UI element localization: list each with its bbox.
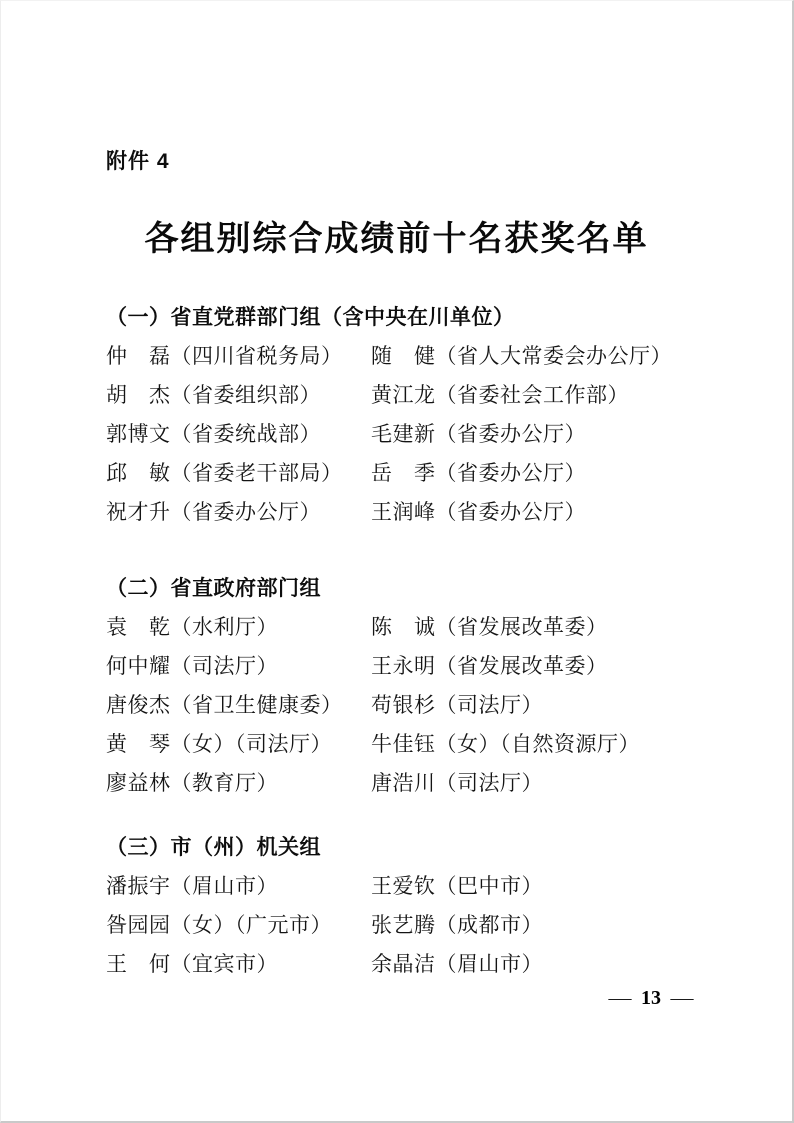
winner-entry: 岳 季（省委办公厅） (371, 454, 726, 493)
winner-row: 邱 敏（省委老干部局） 岳 季（省委办公厅） (106, 454, 726, 493)
winner-row: 昝园园（女）（广元市） 张艺腾（成都市） (106, 906, 726, 945)
winner-entry: 牛佳钰（女）（自然资源厅） (371, 725, 726, 764)
winner-row: 唐俊杰（省卫生健康委） 苟银杉（司法厅） (106, 686, 726, 725)
award-list: （一）省直党群部门组（含中央在川单位） 仲 磊（四川省税务局） 随 健（省人大常… (106, 298, 726, 984)
page-number-dash-right: — (671, 987, 694, 1009)
attachment-label: 附件 4 (106, 150, 170, 173)
winner-entry: 王 何（宜宾市） (106, 945, 371, 984)
winner-row: 黄 琴（女）（司法厅） 牛佳钰（女）（自然资源厅） (106, 725, 726, 764)
winner-entry: 王润峰（省委办公厅） (371, 493, 726, 532)
section-heading: （三）市（州）机关组 (106, 828, 726, 867)
winner-row: 郭博文（省委统战部） 毛建新（省委办公厅） (106, 415, 726, 454)
winner-entry: 袁 乾（水利厅） (106, 608, 371, 647)
winner-entry: 昝园园（女）（广元市） (106, 906, 371, 945)
winner-row: 王 何（宜宾市） 余晶洁（眉山市） (106, 945, 726, 984)
winner-entry: 黄 琴（女）（司法厅） (106, 725, 371, 764)
winner-entry: 黄江龙（省委社会工作部） (371, 376, 726, 415)
winner-entry: 陈 诚（省发展改革委） (371, 608, 726, 647)
winner-entry: 王爱钦（巴中市） (371, 867, 726, 906)
winner-entry: 毛建新（省委办公厅） (371, 415, 726, 454)
section-city-state-organ-group: （三）市（州）机关组 潘振宇（眉山市） 王爱钦（巴中市） 昝园园（女）（广元市）… (106, 828, 726, 984)
winner-entry: 祝才升（省委办公厅） (106, 493, 371, 532)
winner-entry: 苟银杉（司法厅） (371, 686, 726, 725)
winner-entry: 王永明（省发展改革委） (371, 647, 726, 686)
winner-entry: 唐浩川（司法厅） (371, 764, 726, 803)
page-number-value: 13 (641, 987, 661, 1009)
winner-row: 祝才升（省委办公厅） 王润峰（省委办公厅） (106, 493, 726, 532)
section-provincial-party-group: （一）省直党群部门组（含中央在川单位） 仲 磊（四川省税务局） 随 健（省人大常… (106, 298, 726, 532)
winner-entry: 仲 磊（四川省税务局） (106, 337, 371, 376)
winner-row: 胡 杰（省委组织部） 黄江龙（省委社会工作部） (106, 376, 726, 415)
winner-entry: 廖益林（教育厅） (106, 764, 371, 803)
winner-entry: 张艺腾（成都市） (371, 906, 726, 945)
page-number: — 13 — (610, 987, 692, 1009)
winner-entry: 唐俊杰（省卫生健康委） (106, 686, 371, 725)
winner-row: 潘振宇（眉山市） 王爱钦（巴中市） (106, 867, 726, 906)
winner-entry: 潘振宇（眉山市） (106, 867, 371, 906)
section-heading: （二）省直政府部门组 (106, 569, 726, 608)
winner-entry: 何中耀（司法厅） (106, 647, 371, 686)
winner-entry: 余晶洁（眉山市） (371, 945, 726, 984)
winner-entry: 邱 敏（省委老干部局） (106, 454, 371, 493)
winner-row: 廖益林（教育厅） 唐浩川（司法厅） (106, 764, 726, 803)
document-page: 附件 4 各组别综合成绩前十名获奖名单 （一）省直党群部门组（含中央在川单位） … (0, 0, 794, 1123)
winner-entry: 胡 杰（省委组织部） (106, 376, 371, 415)
page-title: 各组别综合成绩前十名获奖名单 (1, 222, 792, 258)
winner-row: 何中耀（司法厅） 王永明（省发展改革委） (106, 647, 726, 686)
section-provincial-government-group: （二）省直政府部门组 袁 乾（水利厅） 陈 诚（省发展改革委） 何中耀（司法厅）… (106, 569, 726, 803)
page-number-dash-left: — (609, 987, 632, 1009)
winner-row: 仲 磊（四川省税务局） 随 健（省人大常委会办公厅） (106, 337, 726, 376)
winner-entry: 郭博文（省委统战部） (106, 415, 371, 454)
winner-row: 袁 乾（水利厅） 陈 诚（省发展改革委） (106, 608, 726, 647)
winner-entry: 随 健（省人大常委会办公厅） (371, 337, 726, 376)
section-heading: （一）省直党群部门组（含中央在川单位） (106, 298, 726, 337)
